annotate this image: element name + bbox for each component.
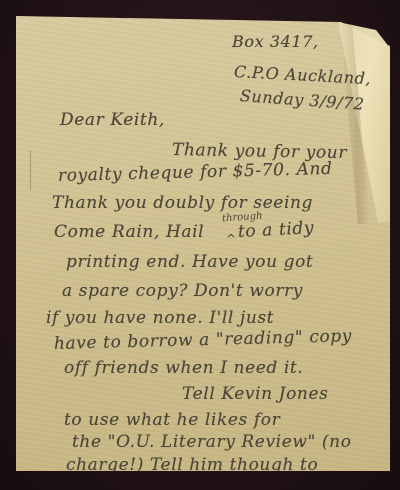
body-line-12: the "O.U. Literary Review" (no	[72, 432, 352, 452]
body-line-11: to use what he likes for	[64, 410, 280, 430]
salutation: Dear Keith,	[60, 110, 165, 130]
body-line-6: a spare copy? Don't worry	[62, 281, 303, 301]
body-line-9: off friends when I need it.	[64, 358, 303, 378]
body-line-4b: to a tidy	[237, 218, 314, 242]
margin-mark	[30, 150, 31, 190]
body-line-5: printing end. Have you got	[66, 252, 313, 272]
body-line-4a: Come Rain, Hail	[54, 222, 204, 242]
body-line-7: if you have none. I'll just	[46, 308, 274, 328]
body-line-13: charge!) Tell him though to	[66, 455, 318, 471]
address-line-box: Box 3417,	[232, 32, 319, 51]
insertion-caret: ^	[226, 232, 236, 246]
body-line-3: Thank you doubly for seeing	[52, 193, 313, 213]
body-line-10: Tell Kevin Jones	[182, 384, 328, 404]
